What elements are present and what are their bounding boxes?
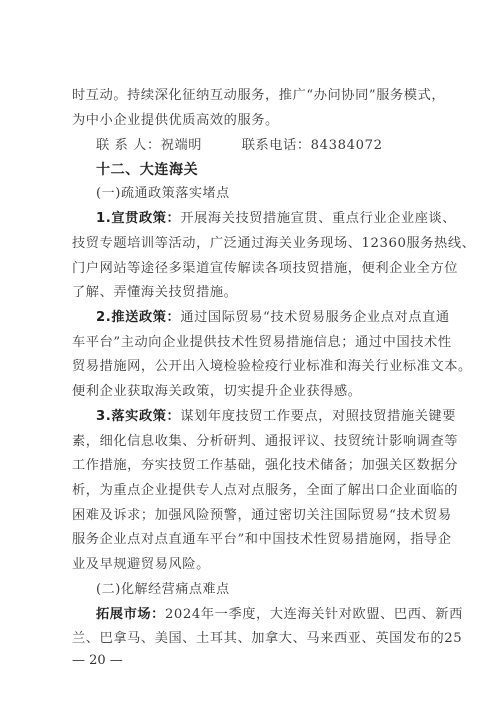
section-title: 十二、大连海关: [96, 162, 496, 178]
contact-phone: 84384072: [311, 138, 383, 153]
item-line: 1.宣贯政策：开展海关技贸措施宣贯、重点行业企业座谈、: [96, 211, 496, 227]
page-number: — 20 —: [72, 653, 123, 668]
item-line: 门户网站等途径多渠道宣传解读各项技贸措施，便利企业全方位: [72, 261, 472, 277]
item-line: 服务企业点对点直通车平台”和中国技术性贸易措施网，指导企: [72, 532, 472, 548]
contact-line: 联 系 人：祝端明 联系电话：84384072: [96, 138, 496, 154]
contact-person: 祝端明: [161, 138, 202, 153]
item-line: 技贸专题培训等活动，广泛通过海关业务现场、12360服务热线、: [72, 236, 472, 252]
item-label: 3.落实政策：: [96, 409, 180, 424]
subsection-title: (一)疏通政策落实堵点: [96, 186, 496, 202]
item-line: 贸易措施网，公开出入境检验检疫行业标准和海关行业标准文本。: [72, 359, 472, 375]
item-line: 便利企业获取海关政策，切实提升企业获得感。: [72, 384, 472, 400]
item-label: 拓展市场：: [96, 607, 165, 622]
item-text: 谋划年度技贸工作要点，对照技贸措施关键要: [180, 409, 456, 424]
subsection-title: (二)化解经营痛点难点: [96, 582, 496, 598]
item-text: 2024年一季度，大连海关针对欧盟、巴西、新西: [165, 607, 463, 622]
item-line: 工作措施，夯实技贸工作基础，强化技术储备；加强关区数据分: [72, 458, 472, 474]
contact-phone-label: 联系电话：: [242, 138, 311, 153]
contact-person-label: 联 系 人：: [96, 138, 161, 153]
item-line: 拓展市场：2024年一季度，大连海关针对欧盟、巴西、新西: [96, 607, 496, 623]
document-page: 时互动。持续深化征纳互动服务，推广“办问协同”服务模式， 为中小企业提供优质高效…: [0, 0, 500, 707]
item-line: 困难及诉求；加强风险预警，通过密切关注国际贸易“技术贸易: [72, 508, 472, 524]
item-line: 素，细化信息收集、分析研判、通报评议、技贸统计影响调查等: [72, 434, 472, 450]
paragraph-line: 为中小企业提供优质高效的服务。: [72, 113, 472, 129]
item-line: 车平台”主动向企业提供技术性贸易措施信息；通过中国技术性: [72, 335, 472, 351]
item-line: 析，为重点企业提供专人点对点服务，全面了解出口企业面临的: [72, 483, 472, 499]
item-line: 3.落实政策：谋划年度技贸工作要点，对照技贸措施关键要: [96, 409, 496, 425]
item-label: 2.推送政策：: [96, 310, 180, 325]
item-line: 业及早规避贸易风险。: [72, 557, 472, 573]
item-label: 1.宣贯政策：: [96, 211, 180, 226]
item-text: 开展海关技贸措施宣贯、重点行业企业座谈、: [180, 211, 456, 226]
item-line: 兰、巴拿马、美国、土耳其、加拿大、马来西亚、英国发布的25: [72, 631, 472, 647]
item-line: 2.推送政策：通过国际贸易“技术贸易服务企业点对点直通: [96, 310, 496, 326]
item-text: 通过国际贸易“技术贸易服务企业点对点直通: [180, 310, 449, 325]
paragraph-line: 时互动。持续深化征纳互动服务，推广“办问协同”服务模式，: [72, 88, 472, 104]
item-line: 了解、弄懂海关技贸措施。: [72, 285, 472, 301]
